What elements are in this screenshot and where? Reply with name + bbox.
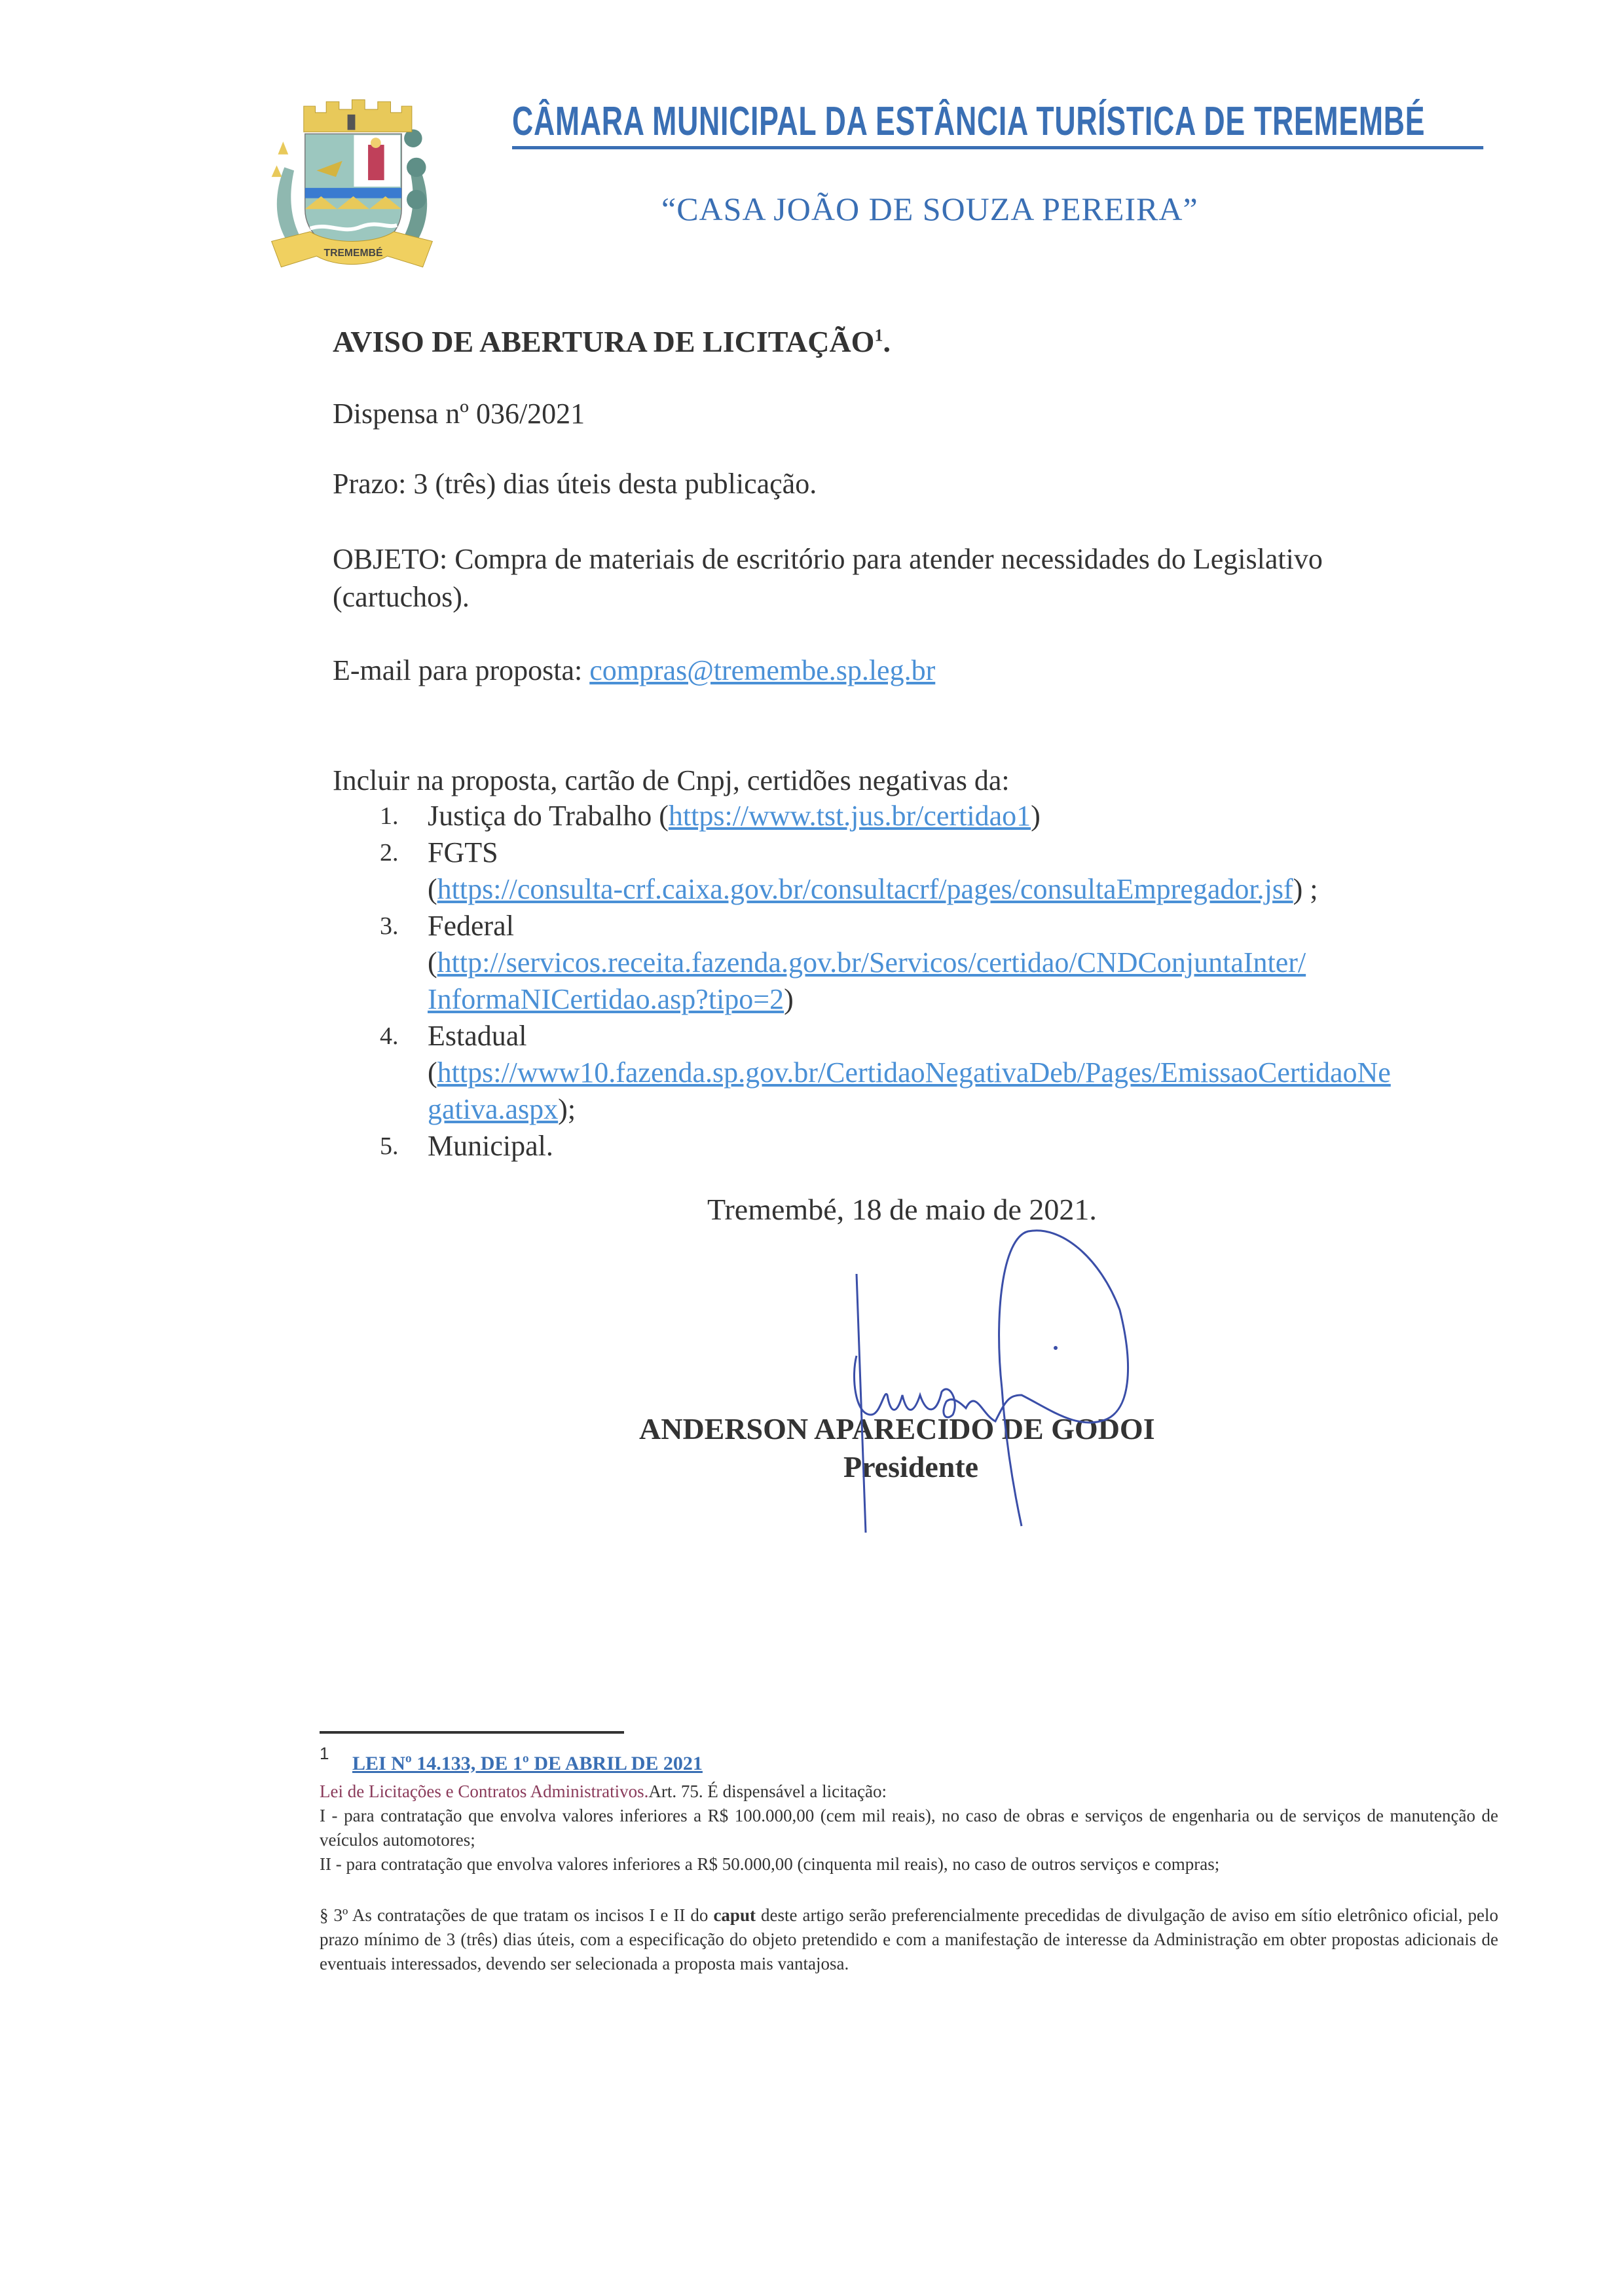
email-line: E-mail para proposta: compras@tremembe.s… — [333, 652, 935, 690]
list-item-estadual-link-2: gativa.aspx); — [333, 1091, 1391, 1128]
list-item-municipal: 5. Municipal. — [333, 1128, 1391, 1165]
footnote-separator — [320, 1731, 624, 1734]
list-number: 1. — [380, 798, 399, 834]
list-suffix: ); — [558, 1093, 576, 1125]
link-tst[interactable]: https://www.tst.jus.br/certidao1 — [669, 800, 1031, 832]
list-item-estadual-link: (https://www10.fazenda.sp.gov.br/Certida… — [333, 1054, 1391, 1091]
law-subtitle: Lei de Licitações e Contratos Administra… — [320, 1782, 648, 1801]
email-label: E-mail para proposta: — [333, 654, 589, 686]
notice-heading-text: AVISO DE ABERTURA DE LICITAÇÃO — [333, 325, 874, 358]
paragraph-3: § 3º As contratações de que tratam os in… — [320, 1903, 1498, 1976]
list-suffix: ) ; — [1293, 873, 1318, 905]
footnote-ref[interactable]: 1 — [874, 326, 883, 345]
list-number: 2. — [380, 834, 399, 871]
law-title-link[interactable]: LEI Nº 14.133, DE 1º DE ABRIL DE 2021 — [352, 1753, 703, 1775]
list-label: FGTS — [428, 836, 498, 868]
notice-heading: AVISO DE ABERTURA DE LICITAÇÃO1. — [333, 324, 891, 359]
list-label: Municipal. — [428, 1130, 553, 1162]
list-suffix: ) — [784, 983, 794, 1015]
objeto-line-1: OBJETO: Compra de materiais de escritóri… — [333, 540, 1323, 578]
footnote-number: 1 — [320, 1744, 329, 1764]
list-number: 5. — [380, 1128, 399, 1165]
handwritten-signature — [825, 1218, 1179, 1533]
link-fazenda-sp-part2[interactable]: gativa.aspx — [428, 1093, 558, 1125]
certidoes-list: 1. Justiça do Trabalho (https://www.tst.… — [333, 798, 1391, 1165]
link-caixa[interactable]: https://consulta-crf.caixa.gov.br/consul… — [437, 873, 1293, 905]
list-prefix: ( — [428, 1056, 437, 1089]
objeto-line-2: (cartuchos). — [333, 578, 1323, 616]
list-item-fgts: 2. FGTS — [333, 834, 1391, 871]
par3-start: § 3º As contratações de que tratam os in… — [320, 1905, 713, 1925]
heading-period: . — [883, 325, 891, 358]
list-item-federal-link: (http://servicos.receita.fazenda.gov.br/… — [333, 944, 1391, 981]
list-suffix: ) — [1031, 800, 1041, 832]
list-item-federal-link-2: InformaNICertidao.asp?tipo=2) — [333, 981, 1391, 1018]
list-number: 4. — [380, 1018, 399, 1054]
par3-caput: caput — [713, 1905, 756, 1925]
list-number: 3. — [380, 908, 399, 944]
include-intro: Incluir na proposta, cartão de Cnpj, cer… — [333, 762, 1010, 800]
list-item-fgts-link: (https://consulta-crf.caixa.gov.br/consu… — [333, 871, 1391, 908]
list-prefix: ( — [428, 873, 437, 905]
list-item-justica: 1. Justiça do Trabalho (https://www.tst.… — [333, 798, 1391, 834]
list-label: Estadual — [428, 1020, 527, 1052]
email-link[interactable]: compras@tremembe.sp.leg.br — [589, 654, 935, 686]
crest-banner-text: TREMEMBÉ — [323, 246, 382, 259]
link-fazenda-sp-part1[interactable]: https://www10.fazenda.sp.gov.br/Certidao… — [437, 1056, 1391, 1089]
organization-subtitle: “CASA JOÃO DE SOUZA PEREIRA” — [661, 190, 1198, 228]
objeto-text: OBJETO: Compra de materiais de escritóri… — [333, 540, 1323, 616]
list-item-federal: 3. Federal — [333, 908, 1391, 944]
organization-title: CÂMARA MUNICIPAL DA ESTÂNCIA TURÍSTICA D… — [512, 98, 1483, 149]
link-receita-part1[interactable]: http://servicos.receita.fazenda.gov.br/S… — [437, 946, 1306, 979]
inciso-1: I - para contratação que envolva valores… — [320, 1804, 1498, 1852]
inciso-2: II - para contratação que envolva valore… — [320, 1852, 1498, 1876]
dispensa-number: Dispensa nº 036/2021 — [333, 395, 585, 433]
municipal-crest-logo: TREMEMBÉ — [259, 88, 445, 278]
list-label: Federal — [428, 910, 514, 942]
article-text: Art. 75. É dispensável a licitação: — [648, 1782, 887, 1801]
list-item-estadual: 4. Estadual — [333, 1018, 1391, 1054]
list-prefix: ( — [428, 946, 437, 979]
list-label: Justiça do Trabalho ( — [428, 800, 669, 832]
link-receita-part2[interactable]: InformaNICertidao.asp?tipo=2 — [428, 983, 784, 1015]
prazo-text: Prazo: 3 (três) dias úteis desta publica… — [333, 465, 817, 503]
footnote-article-line: Lei de Licitações e Contratos Administra… — [320, 1780, 1498, 1804]
